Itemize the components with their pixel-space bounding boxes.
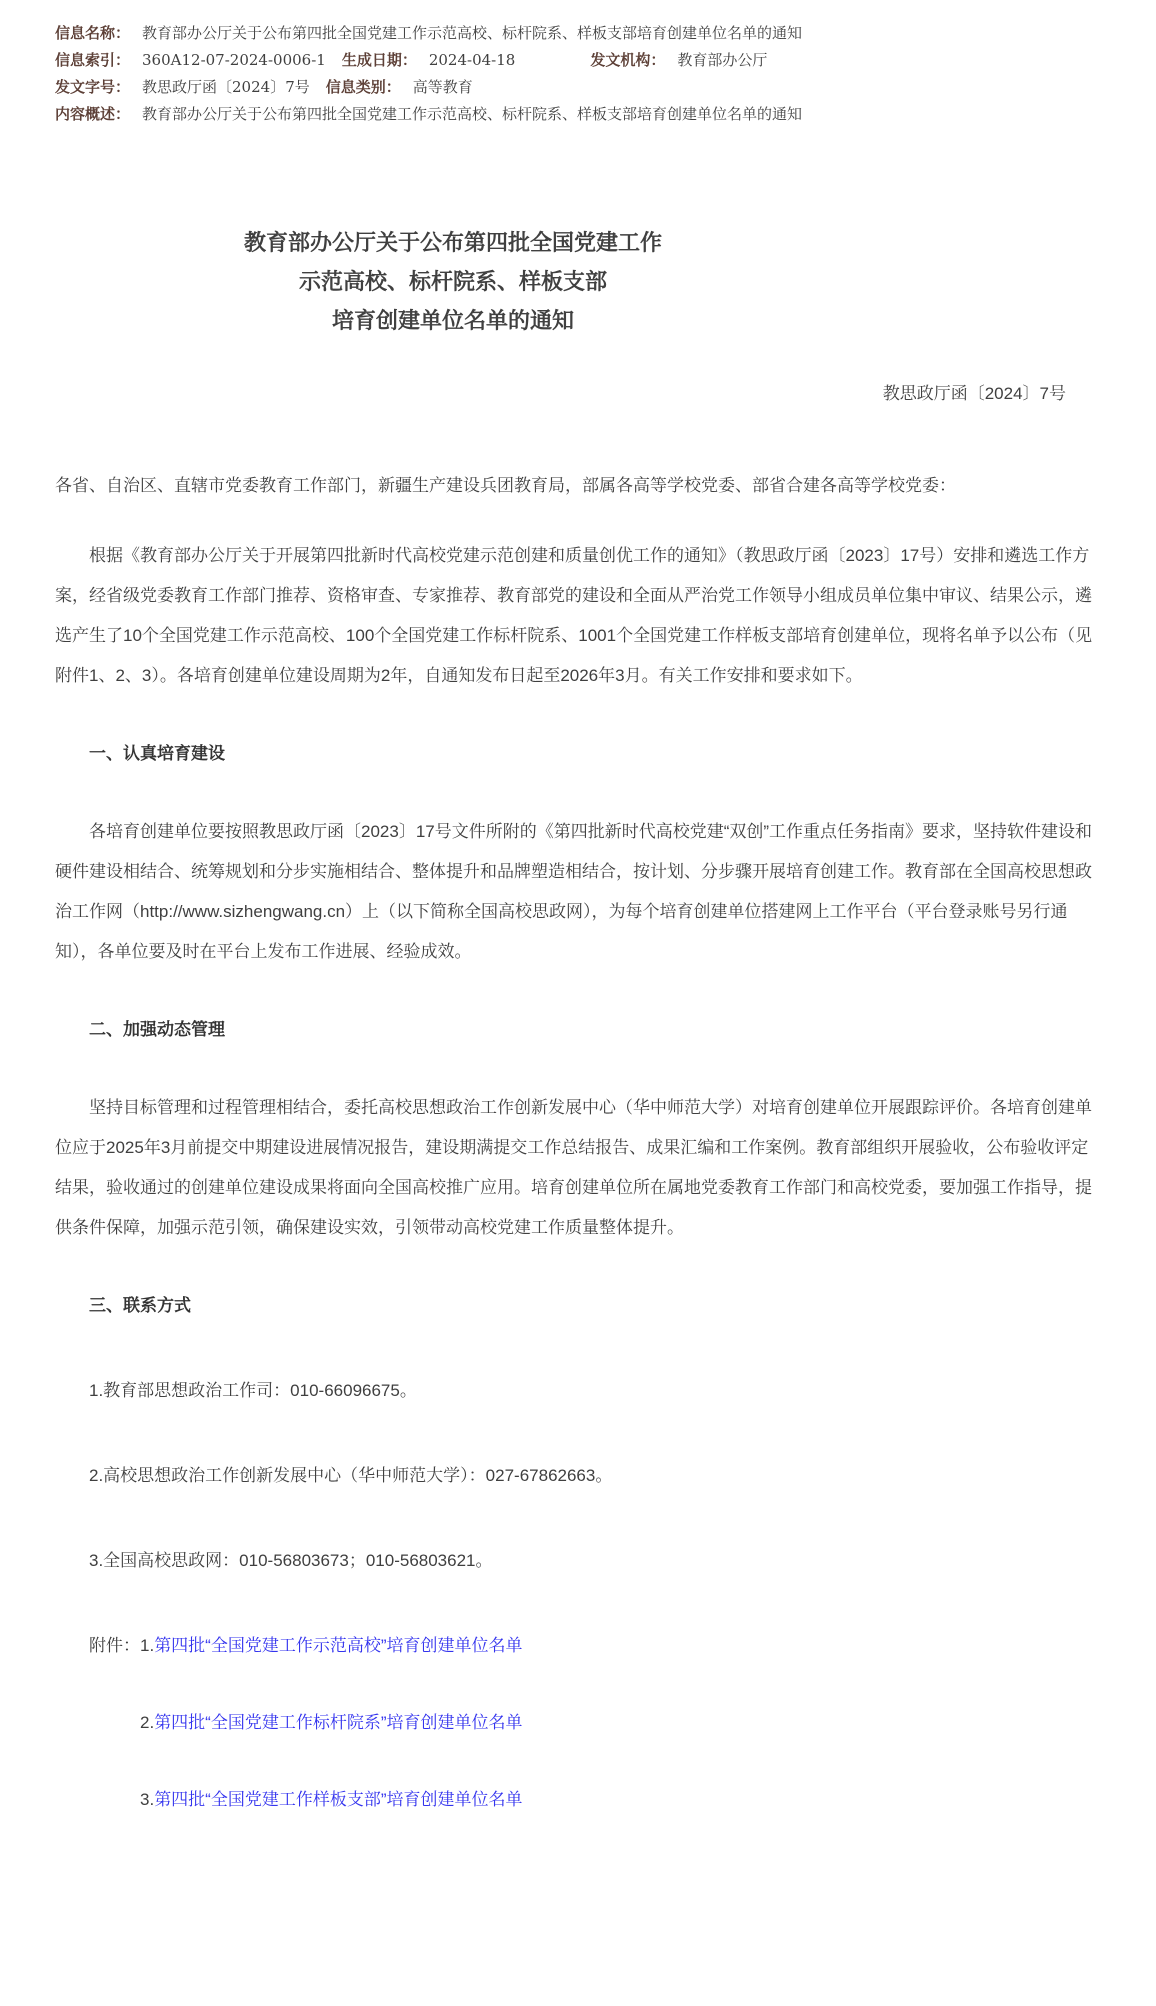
info-label-docnum: 发文字号： bbox=[55, 74, 130, 101]
info-row-name: 信息名称： 教育部办公厅关于公布第四批全国党建工作示范高校、标杆院系、样板支部培… bbox=[55, 20, 1116, 47]
attachments-list: 附件：1.第四批“全国党建工作示范高校”培育创建单位名单 2.第四批“全国党建工… bbox=[55, 1626, 1101, 1820]
contact-line-3: 3.全国高校思政网：010-56803673；010-56803621。 bbox=[55, 1541, 1101, 1581]
attachment-link-2[interactable]: 第四批“全国党建工作标杆院系”培育创建单位名单 bbox=[154, 1713, 522, 1732]
attachment-line-2: 2.第四批“全国党建工作标杆院系”培育创建单位名单 bbox=[55, 1703, 1101, 1743]
intro-paragraph: 根据《教育部办公厅关于开展第四批新时代高校党建示范创建和质量创优工作的通知》（教… bbox=[55, 536, 1101, 696]
info-value-category: 高等教育 bbox=[413, 74, 473, 101]
info-value-date: 2024-04-18 bbox=[429, 47, 515, 74]
section-1-heading: 一、认真培育建设 bbox=[55, 734, 1101, 774]
title-line-3: 培育创建单位名单的通知 bbox=[0, 301, 906, 340]
document-reference-number: 教思政厅函〔2024〕7号 bbox=[0, 380, 1156, 408]
attachment-3-number: 3. bbox=[140, 1790, 154, 1809]
document-page: 信息名称： 教育部办公厅关于公布第四批全国党建工作示范高校、标杆院系、样板支部培… bbox=[0, 0, 1156, 2006]
contact-line-1: 1.教育部思想政治工作司：010-66096675。 bbox=[55, 1371, 1101, 1411]
info-label-name: 信息名称： bbox=[55, 20, 130, 47]
section-2-heading: 二、加强动态管理 bbox=[55, 1010, 1101, 1050]
title-line-1: 教育部办公厅关于公布第四批全国党建工作 bbox=[0, 223, 906, 262]
title-line-2: 示范高校、标杆院系、样板支部 bbox=[0, 262, 906, 301]
info-table: 信息名称： 教育部办公厅关于公布第四批全国党建工作示范高校、标杆院系、样板支部培… bbox=[0, 0, 1156, 128]
info-label-category: 信息类别： bbox=[326, 74, 401, 101]
attachment-2-number: 2. bbox=[140, 1713, 154, 1732]
info-label-summary: 内容概述： bbox=[55, 101, 130, 128]
attachments-label: 附件： bbox=[89, 1636, 140, 1655]
info-value-summary: 教育部办公厅关于公布第四批全国党建工作示范高校、标杆院系、样板支部培育创建单位名… bbox=[142, 101, 802, 128]
info-row-index-date-agency: 信息索引： 360A12-07-2024-0006-1 生成日期： 2024-0… bbox=[55, 47, 1116, 74]
info-row-summary: 内容概述： 教育部办公厅关于公布第四批全国党建工作示范高校、标杆院系、样板支部培… bbox=[55, 101, 1116, 128]
section-3-heading: 三、联系方式 bbox=[55, 1286, 1101, 1326]
document-body: 各省、自治区、直辖市党委教育工作部门，新疆生产建设兵团教育局，部属各高等学校党委… bbox=[55, 466, 1101, 1820]
info-value-name: 教育部办公厅关于公布第四批全国党建工作示范高校、标杆院系、样板支部培育创建单位名… bbox=[142, 20, 802, 47]
info-label-index: 信息索引： bbox=[55, 47, 130, 74]
info-label-agency: 发文机构： bbox=[590, 47, 665, 74]
info-value-docnum: 教思政厅函〔2024〕7号 bbox=[142, 74, 310, 101]
attachment-link-3[interactable]: 第四批“全国党建工作样板支部”培育创建单位名单 bbox=[154, 1790, 522, 1809]
contact-line-2: 2.高校思想政治工作创新发展中心（华中师范大学）：027-67862663。 bbox=[55, 1456, 1101, 1496]
attachment-link-1[interactable]: 第四批“全国党建工作示范高校”培育创建单位名单 bbox=[154, 1636, 522, 1655]
attachment-line-3: 3.第四批“全国党建工作样板支部”培育创建单位名单 bbox=[55, 1780, 1101, 1820]
info-row-docnum-category: 发文字号： 教思政厅函〔2024〕7号 信息类别： 高等教育 bbox=[55, 74, 1116, 101]
attachment-line-1: 附件：1.第四批“全国党建工作示范高校”培育创建单位名单 bbox=[55, 1626, 1101, 1666]
section-1-paragraph: 各培育创建单位要按照教思政厅函〔2023〕17号文件所附的《第四批新时代高校党建… bbox=[55, 812, 1101, 972]
salutation: 各省、自治区、直辖市党委教育工作部门，新疆生产建设兵团教育局，部属各高等学校党委… bbox=[55, 466, 1101, 506]
document-title: 教育部办公厅关于公布第四批全国党建工作 示范高校、标杆院系、样板支部 培育创建单… bbox=[0, 223, 1156, 340]
info-value-index: 360A12-07-2024-0006-1 bbox=[142, 47, 326, 74]
info-label-date: 生成日期： bbox=[342, 47, 417, 74]
info-value-agency: 教育部办公厅 bbox=[677, 47, 767, 74]
attachment-1-number: 1. bbox=[140, 1636, 154, 1655]
section-2-paragraph: 坚持目标管理和过程管理相结合，委托高校思想政治工作创新发展中心（华中师范大学）对… bbox=[55, 1088, 1101, 1248]
